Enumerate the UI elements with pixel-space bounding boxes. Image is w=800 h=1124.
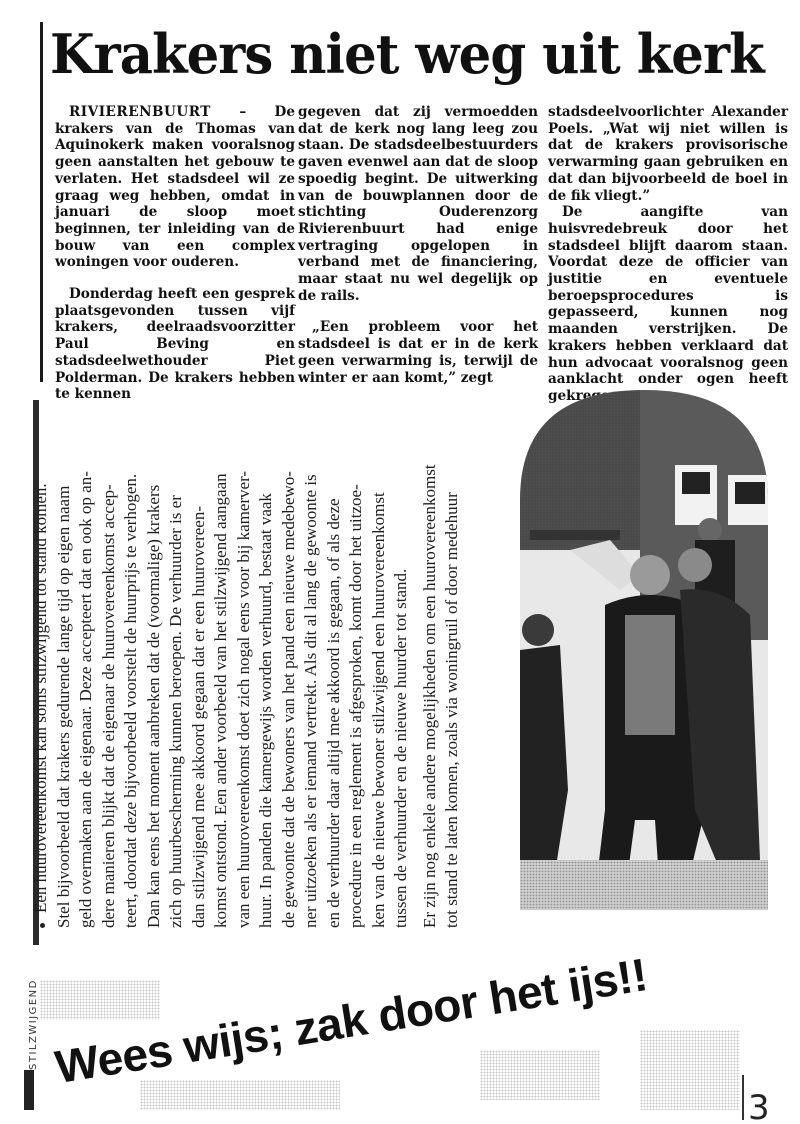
sidebar-line: Er zijn nog enkele andere mogelijkheden …: [419, 380, 442, 928]
halftone-texture: [640, 1030, 740, 1110]
sidebar-line: huur. In panden die kamergewijs worden v…: [255, 380, 278, 928]
sidebar-line: teert, doordat deze bijvoorbeeld voorste…: [120, 380, 143, 928]
sidebar-line: Een huurovereenkomst kan soms stilzwijge…: [30, 380, 53, 928]
section-label: STILZWIJGEND: [28, 979, 39, 1070]
sidebar-line: de gewoonte dat de bewoners van het pand…: [278, 380, 301, 928]
page-mark: [742, 1075, 744, 1120]
halftone-texture: [40, 980, 160, 1020]
margin-mark: [24, 1070, 34, 1110]
sidebar-line: en de verhuurder daar altijd mee akkoord…: [323, 380, 346, 928]
article-column-3: stadsdeelvoorlichter Alexander Poels. „W…: [548, 104, 788, 405]
sidebar-line: dere manieren blijkt dat de eigenaar de …: [98, 380, 121, 928]
sidebar-text: Een huurovereenkomst kan soms stilzwijge…: [30, 380, 464, 940]
dateline: RIVIERENBUURT: [69, 104, 211, 120]
sidebar-line: Dan kan eens het moment aanbreken dat de…: [143, 380, 166, 928]
sidebar-line: dan stilzwijgend mee akkoord gegaan dat …: [188, 380, 211, 928]
sidebar-line: geld overmaken aan de eigenaar. Deze acc…: [75, 380, 98, 928]
newspaper-clipping: Krakers niet weg uit kerk RIVIERENBUURT …: [0, 0, 800, 1124]
page-number: 3: [748, 1088, 770, 1124]
article-paragraph: De aangifte van huisvredebreuk door het …: [548, 204, 788, 404]
sidebar-box: Een huurovereenkomst kan soms stilzwijge…: [30, 380, 500, 940]
article-paragraph: RIVIERENBUURT – De krakers van de Thomas…: [55, 104, 295, 271]
sidebar-line: van een huurovereenkomst doet zich nogal…: [233, 380, 256, 928]
sidebar-line: ken van de nieuwe bewoner stilzwijgend e…: [368, 380, 391, 928]
article-paragraph: gegeven dat zij vermoedden dat de kerk n…: [298, 104, 538, 304]
article-column-1: RIVIERENBUURT – De krakers van de Thomas…: [55, 104, 295, 403]
sidebar-line: tot stand te laten komen, zoals via woni…: [441, 380, 464, 928]
photo-image: [520, 390, 768, 910]
sidebar-line: ner uitzoeken als er iemand vertrekt. Al…: [300, 380, 323, 928]
article-paragraph: stadsdeelvoorlichter Alexander Poels. „W…: [548, 104, 788, 204]
article-column-2: gegeven dat zij vermoedden dat de kerk n…: [298, 104, 538, 386]
bullet-icon: [40, 923, 45, 928]
column-rule: [40, 22, 43, 382]
sidebar-line: Stel bijvoorbeeld dat krakers gedurende …: [53, 380, 76, 928]
article-photo: [520, 390, 768, 910]
sidebar-line: procedure in een reglement is afgesproke…: [345, 380, 368, 928]
sidebar-line: komst ontstond. Een ander voorbeeld van …: [210, 380, 233, 928]
article-paragraph: „Een probleem voor het stadsdeel is dat …: [298, 319, 538, 386]
sidebar-line: zich op huurbescherming kunnen beroepen.…: [165, 380, 188, 928]
sidebar-line: tussen de verhuurder en de nieuwe huurde…: [390, 380, 413, 928]
halftone-texture: [140, 1080, 340, 1110]
halftone-texture: [480, 1050, 600, 1100]
article-headline: Krakers niet weg uit kerk: [50, 22, 753, 86]
